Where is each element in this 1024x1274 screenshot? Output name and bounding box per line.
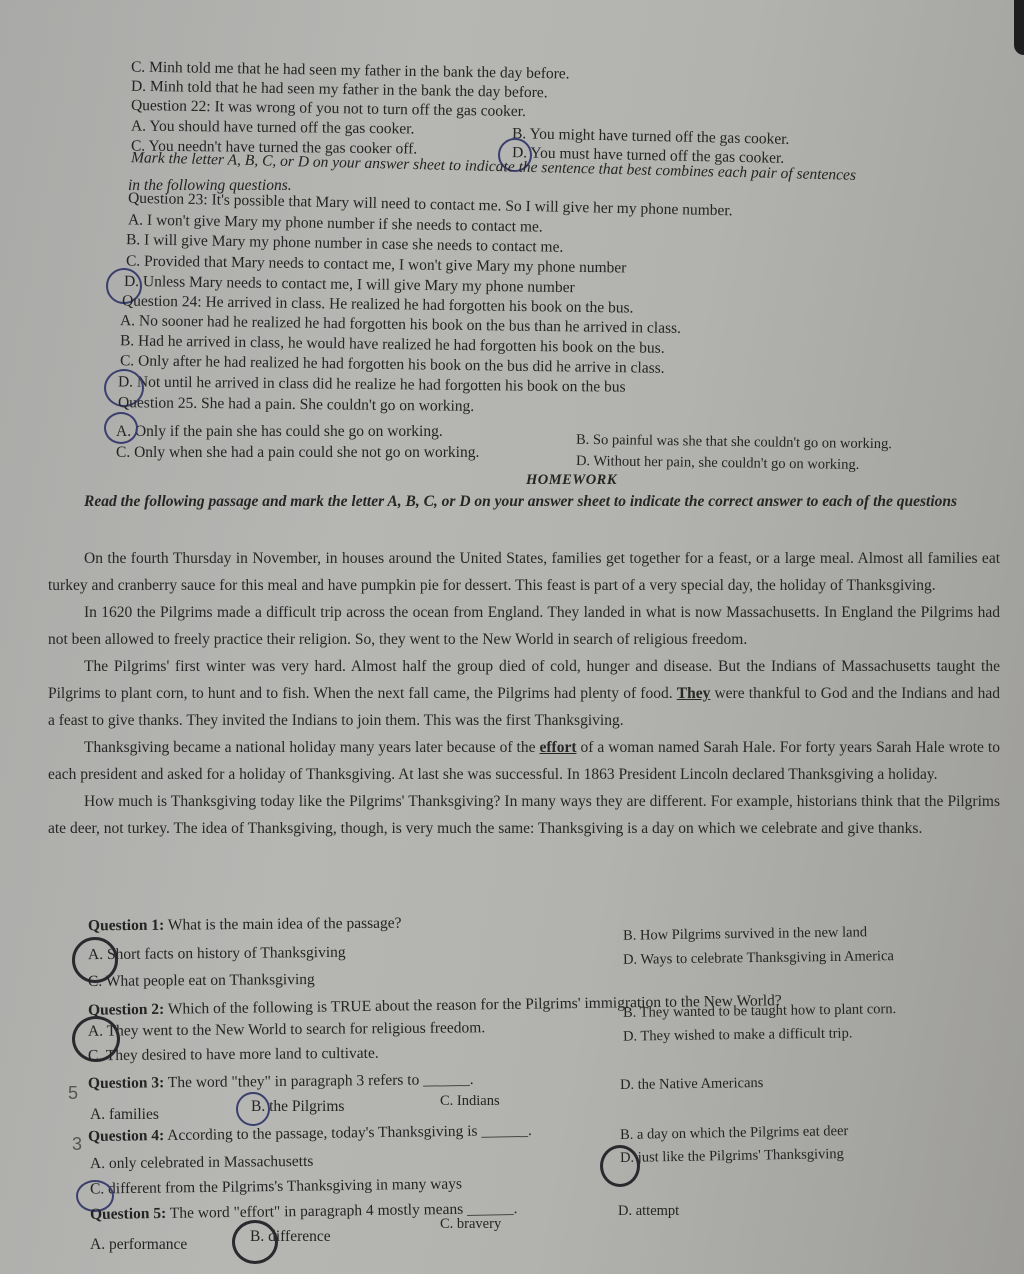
hw-q5-option-c: C. bravery <box>440 1215 501 1233</box>
hw-q1-option-c: C. What people eat on Thanksgiving <box>88 971 315 991</box>
hw-q4-option-d: D. just like the Pilgrims' Thanksgiving <box>620 1145 844 1167</box>
answer-circle-q3-b <box>236 1092 270 1126</box>
answer-circle-q25-a <box>104 412 138 444</box>
photo-edge-shadow <box>1014 0 1024 55</box>
hw-q2-option-d: D. They wished to make a difficult trip. <box>623 1024 853 1045</box>
hw-q3-option-c: C. Indians <box>440 1092 500 1110</box>
hw-q4-option-a: A. only celebrated in Massachusetts <box>90 1153 314 1173</box>
q25-stem: Question 25. She had a pain. She couldn'… <box>118 394 474 416</box>
passage-paragraph-2: In 1620 the Pilgrims made a difficult tr… <box>48 599 1000 653</box>
homework-heading: HOMEWORK <box>526 471 617 489</box>
hw-q2-option-b: B. They wanted to be taught how to plant… <box>623 1000 896 1022</box>
answer-circle-q4-d <box>600 1145 640 1187</box>
margin-note-q3: 5 <box>68 1083 78 1104</box>
hw-q4-option-c: C. different from the Pilgrims's Thanksg… <box>90 1175 462 1198</box>
hw-q3-stem: Question 3: The word "they" in paragraph… <box>88 1071 474 1093</box>
hw-q1-stem: Question 1: What is the main idea of the… <box>88 915 402 936</box>
hw-q1-option-a: A. Short facts on history of Thanksgivin… <box>88 944 346 964</box>
hw-q3-option-d: D. the Native Americans <box>620 1074 764 1094</box>
answer-circle-q5-b <box>232 1220 278 1264</box>
underlined-word-they: They <box>677 685 711 702</box>
hw-q1-option-b: B. How Pilgrims survived in the new land <box>623 923 867 944</box>
passage-paragraph-1: On the fourth Thursday in November, in h… <box>48 545 1000 599</box>
hw-q5-option-d: D. attempt <box>618 1202 679 1220</box>
q25-option-c: C. Only when she had a pain could she no… <box>116 444 479 462</box>
passage-paragraph-3: The Pilgrims' first winter was very hard… <box>48 653 1000 734</box>
homework-instruction: Read the following passage and mark the … <box>48 489 1000 515</box>
passage-paragraph-4: Thanksgiving became a national holiday m… <box>48 734 1000 788</box>
hw-q1-option-d: D. Ways to celebrate Thanksgiving in Ame… <box>623 947 894 969</box>
q25-option-b: B. So painful was she that she couldn't … <box>576 431 892 453</box>
reading-passage: On the fourth Thursday in November, in h… <box>48 545 1000 842</box>
underlined-word-effort: effort <box>540 739 577 756</box>
q25-option-d: D. Without her pain, she couldn't go on … <box>576 452 860 474</box>
hw-q2-option-c: C. They desired to have more land to cul… <box>88 1045 379 1066</box>
margin-note-q4: 3 <box>72 1134 82 1155</box>
q24-option-d: D. Not until he arrived in class did he … <box>118 373 626 396</box>
hw-q4-option-b: B. a day on which the Pilgrims eat deer <box>620 1122 849 1144</box>
passage-paragraph-5: How much is Thanksgiving today like the … <box>48 788 1000 842</box>
hw-q5-option-a: A. performance <box>90 1236 187 1254</box>
q25-option-a: A. Only if the pain she has could she go… <box>116 423 443 441</box>
q22-option-a: A. You should have turned off the gas co… <box>131 118 415 139</box>
hw-q3-option-a: A. families <box>90 1106 159 1124</box>
hw-q4-stem: Question 4: According to the passage, to… <box>88 1122 532 1146</box>
hw-q2-option-a: A. They went to the New World to search … <box>88 1019 485 1040</box>
